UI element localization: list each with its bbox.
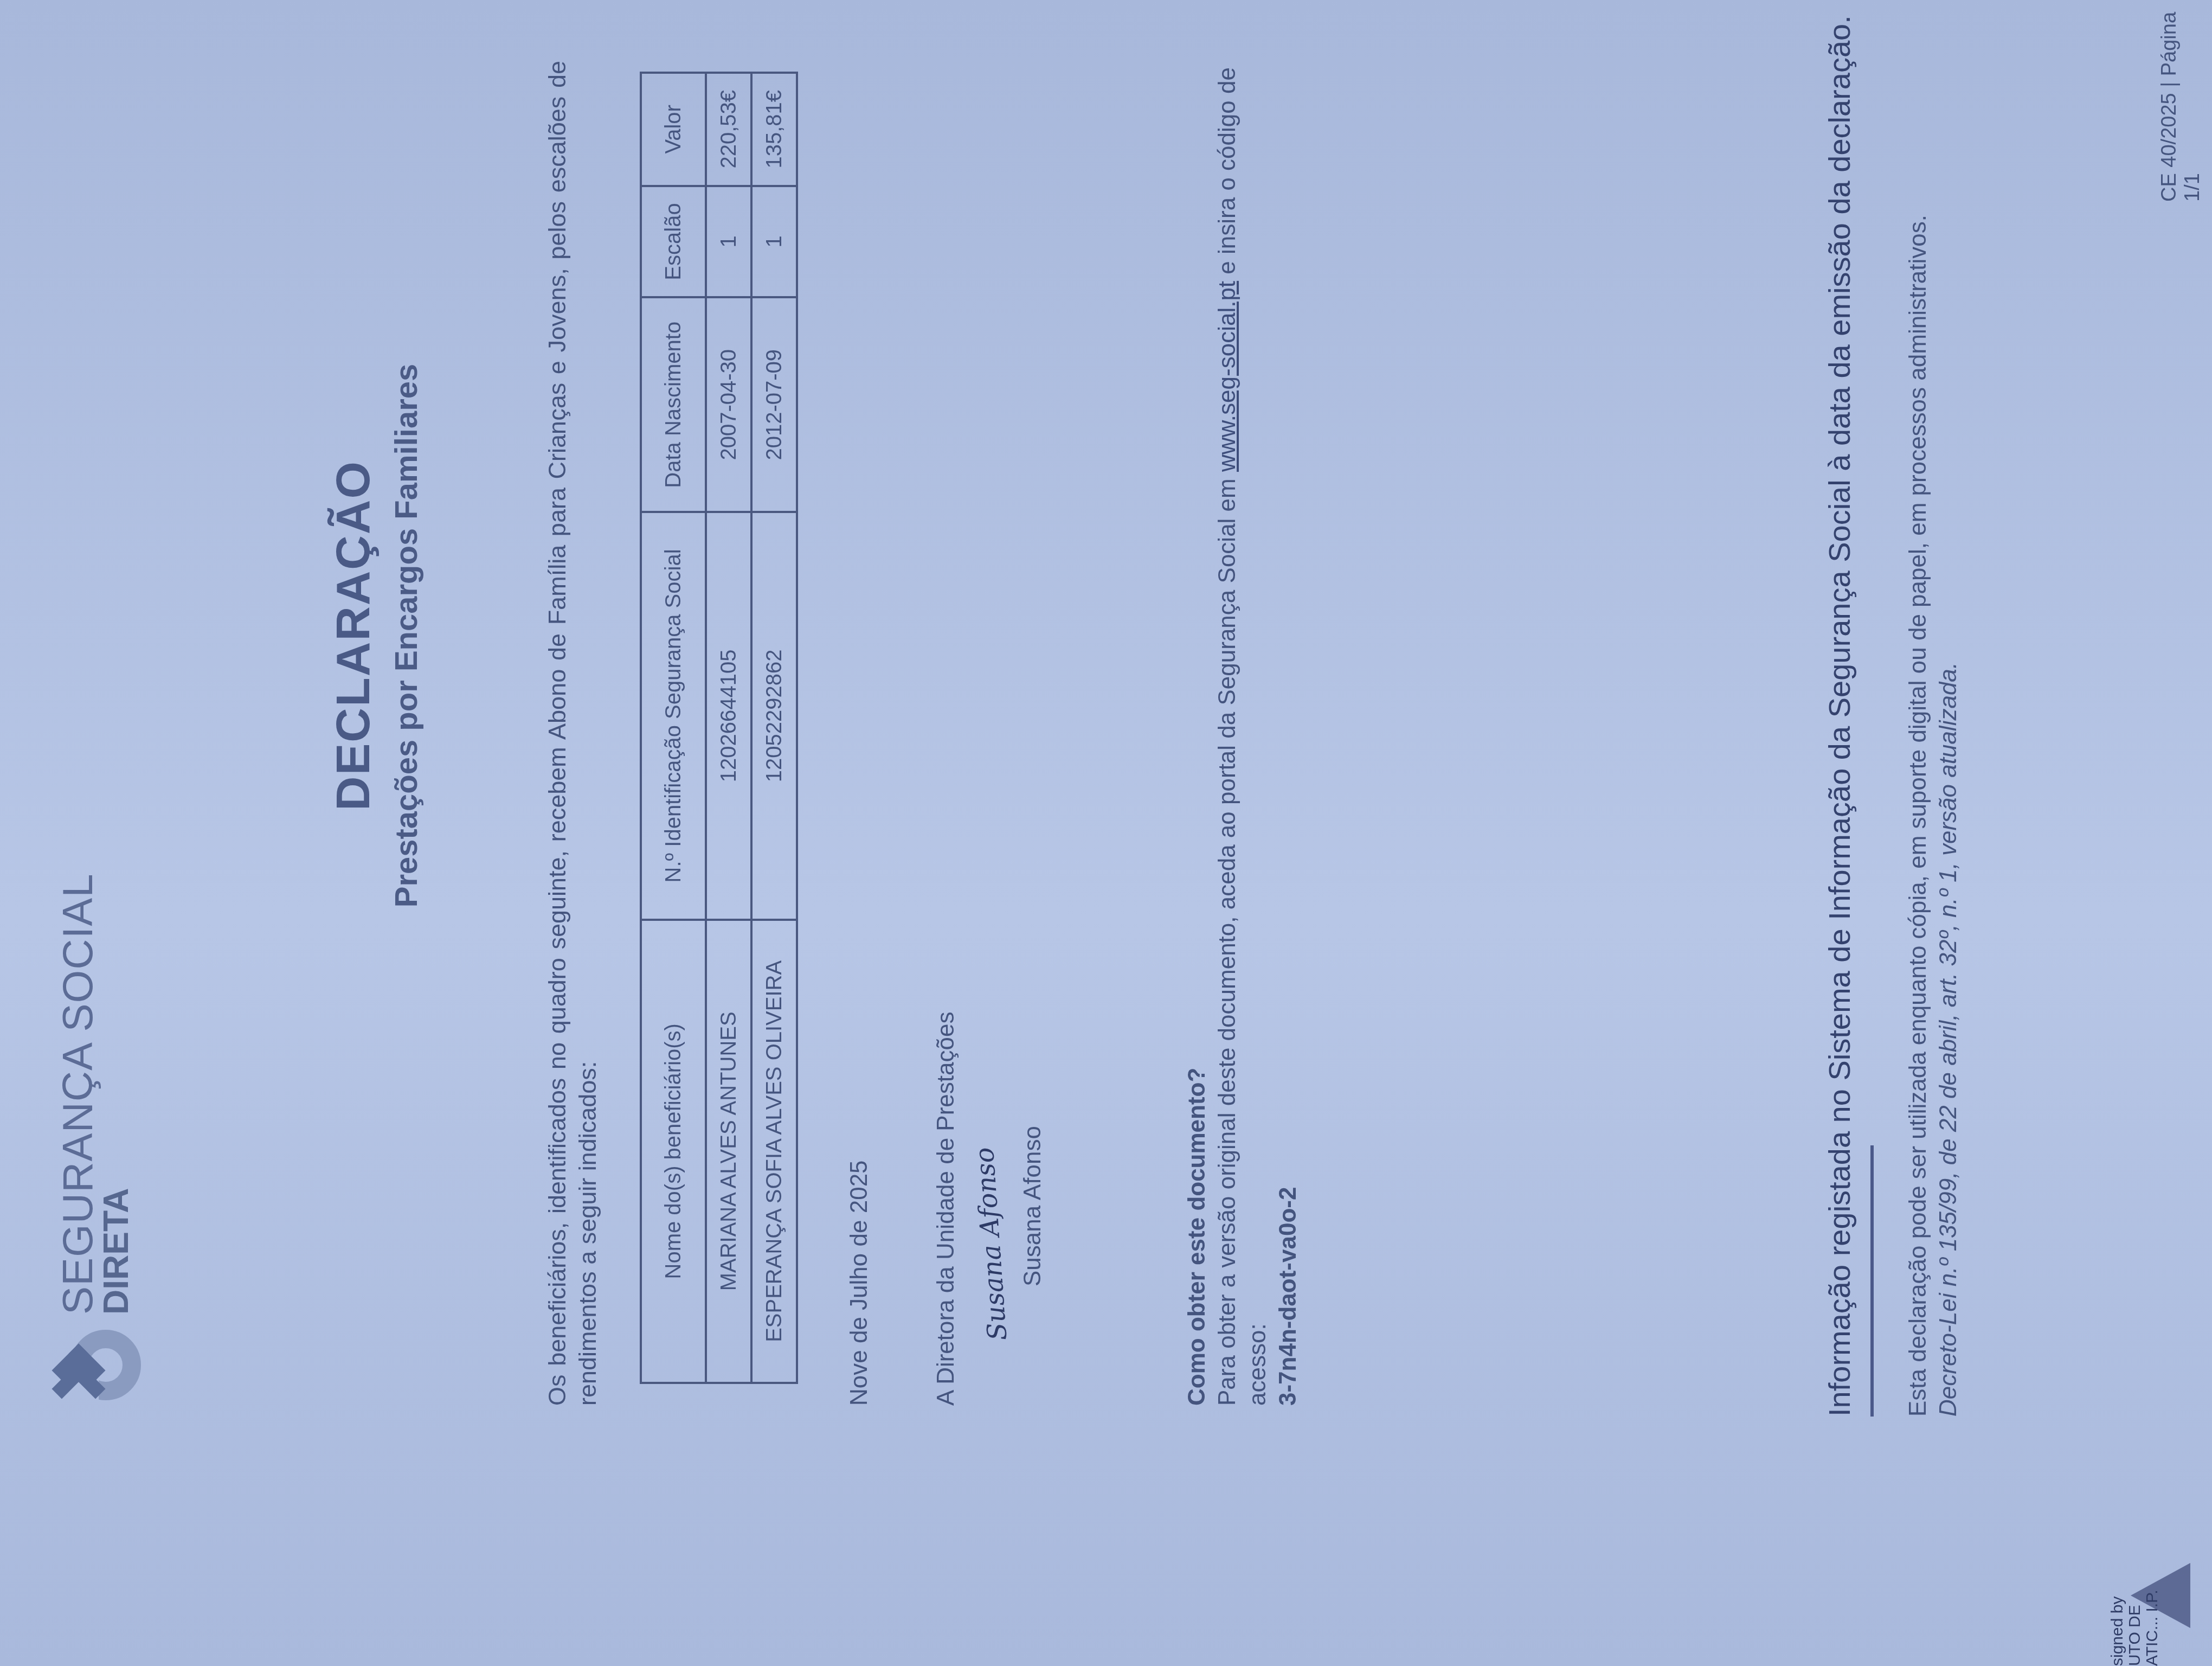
cell-ss-id: 12026644105 <box>706 512 751 920</box>
cell-amount: 135,81€ <box>751 73 797 186</box>
footer-divider <box>1870 1145 1874 1417</box>
stamp-line: UTO DE <box>2126 1590 2144 1666</box>
table-row: MARIANA ALVES ANTUNES 12026644105 2007-0… <box>706 73 751 1383</box>
how-to-obtain-section: Como obter este documento? Para obter a … <box>1182 50 1303 1406</box>
stamp-line: signed by <box>2109 1590 2126 1666</box>
issue-date: Nove de Julho de 2025 <box>846 1160 873 1406</box>
cell-name: ESPERANÇA SOFIA ALVES OLIVEIRA <box>751 920 797 1383</box>
cell-ss-id: 12052292862 <box>751 512 797 920</box>
page-reference: CE 40/2025 | Página 1/1 <box>2158 0 2204 202</box>
access-code: 3-7n4n-daot-va0o-2 <box>1273 50 1303 1406</box>
stamp-line: ATIC... I.P. <box>2144 1590 2161 1666</box>
document-header: DECLARAÇÃO Prestações por Encargos Famil… <box>325 202 425 1069</box>
page-title: DECLARAÇÃO <box>325 202 381 1069</box>
cell-birth-date: 2012-07-09 <box>751 297 797 512</box>
column-header-birth-date: Data Nascimento <box>641 297 706 512</box>
beneficiaries-table: Nome do(s) beneficiário(s) N.º Identific… <box>640 72 798 1384</box>
registered-note: Informação registada no Sistema de Infor… <box>1822 15 1857 1417</box>
handwritten-signature: Susana Afonso <box>969 1146 1013 1342</box>
footer-notes: Esta declaração pode ser utilizada enqua… <box>1903 215 1964 1417</box>
obtain-heading: Como obter este documento? <box>1182 50 1212 1406</box>
seguranca-social-logo-icon <box>54 1330 136 1411</box>
column-header-bracket: Escalão <box>641 186 706 298</box>
obtain-instructions: Para obter a versão original deste docum… <box>1212 50 1273 1406</box>
obtain-text: Para obter a versão original deste docum… <box>1214 472 1240 1406</box>
cell-amount: 220,53€ <box>706 73 751 186</box>
cell-birth-date: 2007-04-30 <box>706 297 751 512</box>
column-header-ss-id: N.º Identificação Segurança Social <box>641 512 706 920</box>
table-header-row: Nome do(s) beneficiário(s) N.º Identific… <box>641 73 706 1383</box>
column-header-amount: Valor <box>641 73 706 186</box>
cell-bracket: 1 <box>751 186 797 298</box>
seg-social-link[interactable]: www.seg-social.pt <box>1214 281 1240 472</box>
digital-signature-stamp: signed by UTO DE ATIC... I.P. <box>2109 1590 2161 1666</box>
table-row: ESPERANÇA SOFIA ALVES OLIVEIRA 120522928… <box>751 73 797 1383</box>
signer-name: Susana Afonso <box>1019 1126 1046 1286</box>
director-title: A Diretora da Unidade de Prestações <box>933 1012 960 1406</box>
footer-line-2: Decreto-Lei n.º 135/99, de 22 de abril, … <box>1933 215 1964 1417</box>
column-header-name: Nome do(s) beneficiário(s) <box>641 920 706 1383</box>
footer-line-1: Esta declaração pode ser utilizada enqua… <box>1903 215 1933 1417</box>
cell-bracket: 1 <box>706 186 751 298</box>
brand-logo: SEGURANÇA SOCIAL DIRETA <box>54 873 136 1411</box>
page-subtitle: Prestações por Encargos Familiares <box>388 202 425 1069</box>
brand-name: SEGURANÇA SOCIAL <box>56 873 99 1315</box>
brand-subname: DIRETA <box>99 873 133 1315</box>
document-page: SEGURANÇA SOCIAL DIRETA DECLARAÇÃO Prest… <box>0 0 2212 1666</box>
intro-paragraph: Os beneficiários, identificados no quadr… <box>542 61 603 1406</box>
cell-name: MARIANA ALVES ANTUNES <box>706 920 751 1383</box>
